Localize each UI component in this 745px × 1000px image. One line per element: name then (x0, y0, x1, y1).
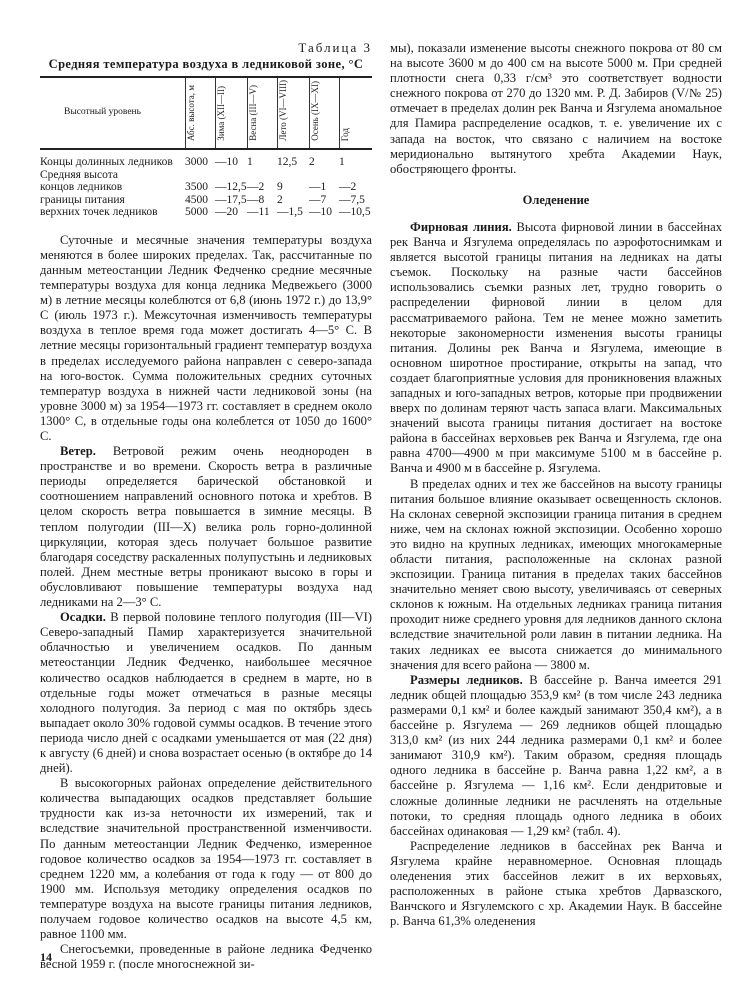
left-column: Таблица 3 Средняя температура воздуха в … (40, 40, 372, 972)
cell-winter: —20 (215, 206, 247, 219)
table-row: Средняя высота (40, 169, 372, 182)
page-number: 14 (40, 950, 52, 965)
cell-year: —10,5 (339, 206, 372, 219)
cell-summer: 9 (277, 181, 309, 194)
cell-altitude: 3500 (185, 181, 215, 194)
cell-autumn: —1 (309, 181, 339, 194)
right-column: мы), показали изменение высоты снежного … (390, 41, 722, 929)
cell-summer: 2 (277, 194, 309, 207)
paragraph-glacier-sizes: Размеры ледников. В бассейне р. Ванча им… (390, 673, 722, 839)
cell-year: —2 (339, 181, 372, 194)
cell-autumn (309, 169, 339, 182)
cell-summer: 12,5 (277, 149, 309, 169)
cell-spring: 1 (247, 149, 277, 169)
cell-level: концов ледников (40, 181, 185, 194)
cell-spring: —8 (247, 194, 277, 207)
cell-autumn: 2 (309, 149, 339, 169)
temperature-table: Высотный уровень Абс. высота, м Зима (XI… (40, 76, 372, 219)
column-header-altitude: Абс. высота, м (185, 77, 215, 149)
paragraph: Снегосъемки, проведенные в районе ледник… (40, 942, 372, 972)
section-heading: Оледенение (390, 193, 722, 208)
cell-level: верхних точек ледников (40, 206, 185, 219)
cell-altitude: 3000 (185, 149, 215, 169)
paragraph-precipitation: Осадки. В первой половине теплого полуго… (40, 610, 372, 776)
cell-winter: —10 (215, 149, 247, 169)
paragraph-wind: Ветер. Ветровой режим очень неоднороден … (40, 444, 372, 610)
cell-winter (215, 169, 247, 182)
paragraph-lead: Размеры ледников. (410, 673, 523, 687)
table-row: Концы долинных ледников 3000 —10 1 12,5 … (40, 149, 372, 169)
cell-altitude (185, 169, 215, 182)
paragraph: мы), показали изменение высоты снежного … (390, 41, 722, 177)
table-label: Таблица 3 (40, 40, 372, 55)
paragraph-firn-line: Фирновая линия. Высота фирновой линии в … (390, 220, 722, 477)
paragraph: Суточные и месячные значения температуры… (40, 233, 372, 444)
column-header-summer: Лето (VI—VIII) (277, 77, 309, 149)
cell-year: —7,5 (339, 194, 372, 207)
cell-altitude: 4500 (185, 194, 215, 207)
table-row: границы питания 4500 —17,5 —8 2 —7 —7,5 (40, 194, 372, 207)
column-header-year: Год (339, 77, 372, 149)
paragraph: Распределение ледников в бассейнах рек В… (390, 839, 722, 930)
cell-summer (277, 169, 309, 182)
cell-spring (247, 169, 277, 182)
paragraph: В пределах одних и тех же бассейнов на в… (390, 477, 722, 673)
cell-winter: —12,5 (215, 181, 247, 194)
cell-year (339, 169, 372, 182)
cell-summer: —1,5 (277, 206, 309, 219)
column-header-level: Высотный уровень (40, 77, 185, 149)
cell-level: границы питания (40, 194, 185, 207)
cell-spring: —11 (247, 206, 277, 219)
cell-spring: —2 (247, 181, 277, 194)
cell-year: 1 (339, 149, 372, 169)
column-header-winter: Зима (XII—II) (215, 77, 247, 149)
table-title: Средняя температура воздуха в ледниковой… (40, 57, 372, 72)
paragraph: В высокогорных районах определение дейст… (40, 776, 372, 942)
paragraph-lead: Осадки. (60, 610, 106, 624)
cell-autumn: —10 (309, 206, 339, 219)
table-row: концов ледников 3500 —12,5 —2 9 —1 —2 (40, 181, 372, 194)
paragraph-lead: Ветер. (60, 444, 96, 458)
paragraph-lead: Фирновая линия. (410, 220, 512, 234)
cell-autumn: —7 (309, 194, 339, 207)
column-header-autumn: Осень (IX—XI) (309, 77, 339, 149)
cell-level: Средняя высота (40, 169, 185, 182)
cell-level: Концы долинных ледников (40, 149, 185, 169)
column-header-spring: Весна (III—V) (247, 77, 277, 149)
table-row: верхних точек ледников 5000 —20 —11 —1,5… (40, 206, 372, 219)
cell-altitude: 5000 (185, 206, 215, 219)
table-header-row: Высотный уровень Абс. высота, м Зима (XI… (40, 77, 372, 149)
cell-winter: —17,5 (215, 194, 247, 207)
